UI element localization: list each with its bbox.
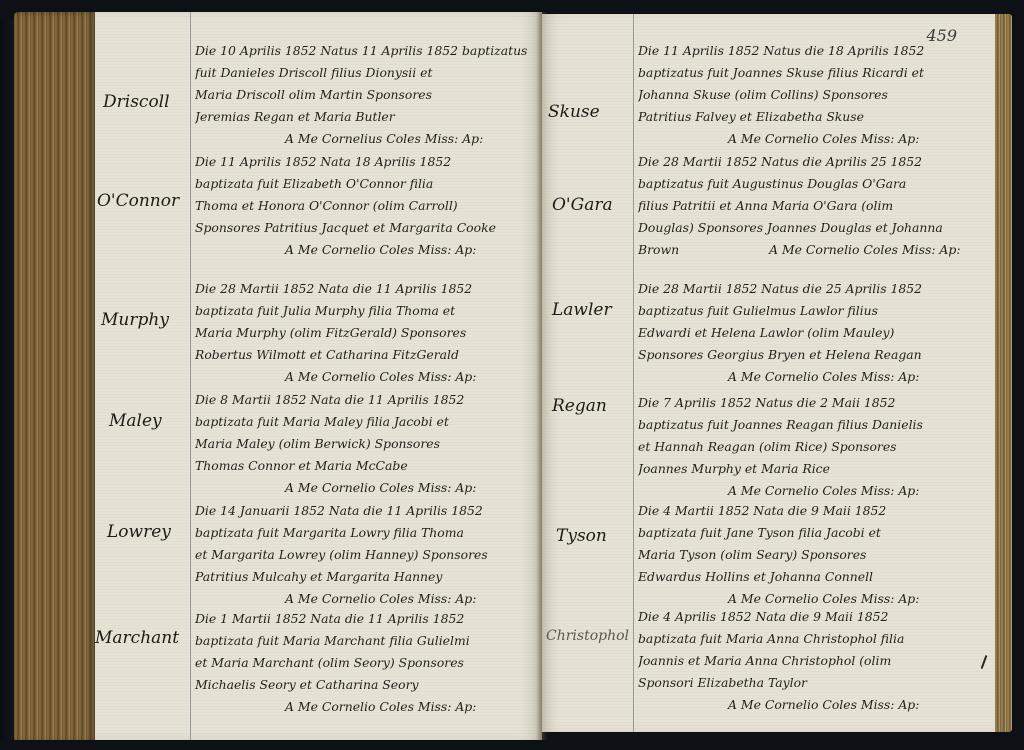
entry-line: et Margarita Lowrey (olim Hanney) Sponso… (195, 544, 532, 566)
entry-line: Die 11 Aprilis 1852 Nata 18 Aprilis 1852 (195, 151, 532, 173)
entry-text: Die 28 Martii 1852 Natus die Aprilis 25 … (638, 151, 985, 261)
entry-line: baptizata fuit Maria Marchant filia Guli… (195, 630, 532, 652)
priest-signature: A Me Cornelio Coles Miss: Ap: (638, 128, 985, 150)
entry-surname: Skuse (548, 102, 638, 122)
entry-line: Die 28 Martii 1852 Natus die 25 Aprilis … (638, 278, 985, 300)
entry-line: Jeremias Regan et Maria Butler (195, 106, 532, 128)
priest-signature: A Me Cornelio Coles Miss: Ap: (769, 239, 960, 261)
entry-surname: Regan (552, 396, 642, 416)
entry-line: baptizata fuit Elizabeth O'Connor filia (195, 173, 532, 195)
entry-line: baptizatus fuit Gulielmus Lawlor filius (638, 300, 985, 322)
entry-text: Die 10 Aprilis 1852 Natus 11 Aprilis 185… (195, 40, 532, 150)
left-page: Driscoll Die 10 Aprilis 1852 Natus 11 Ap… (95, 12, 542, 740)
priest-signature: A Me Cornelius Coles Miss: Ap: (195, 128, 532, 150)
entry-line: Brown (638, 239, 679, 261)
entry-text: Die 28 Martii 1852 Nata die 11 Aprilis 1… (195, 278, 532, 388)
entry-line: Maria Tyson (olim Seary) Sponsores (638, 544, 985, 566)
entry-line: baptizatus fuit Joannes Reagan filius Da… (638, 414, 985, 436)
entry-line: Patritius Mulcahy et Margarita Hanney (195, 566, 532, 588)
entry-line: baptizata fuit Maria Maley filia Jacobi … (195, 411, 532, 433)
entry-line: Die 7 Aprilis 1852 Natus die 2 Maii 1852 (638, 392, 985, 414)
entry-line: Maria Murphy (olim FitzGerald) Sponsores (195, 322, 532, 344)
priest-signature: A Me Cornelio Coles Miss: Ap: (195, 239, 532, 261)
entry-surname: Maley (109, 411, 199, 431)
entry-line: Patritius Falvey et Elizabetha Skuse (638, 106, 985, 128)
entry-line: Johanna Skuse (olim Collins) Sponsores (638, 84, 985, 106)
entry-text: Die 11 Aprilis 1852 Natus die 18 Aprilis… (638, 40, 985, 150)
entry-line: fuit Danieles Driscoll filius Dionysii e… (195, 62, 532, 84)
entry-text: Die 7 Aprilis 1852 Natus die 2 Maii 1852… (638, 392, 985, 502)
entry-line: baptizatus fuit Augustinus Douglas O'Gar… (638, 173, 985, 195)
page-edges-right (994, 14, 1012, 732)
entry-text: Die 28 Martii 1852 Natus die 25 Aprilis … (638, 278, 985, 388)
entry-text: Die 4 Aprilis 1852 Nata die 9 Maii 1852 … (638, 606, 985, 716)
entry-line: baptizata fuit Margarita Lowry filia Tho… (195, 522, 532, 544)
entry-surname: Lowrey (107, 522, 197, 542)
entry-line: Die 28 Martii 1852 Natus die Aprilis 25 … (638, 151, 985, 173)
entry-line-with-signature: Brown A Me Cornelio Coles Miss: Ap: (638, 239, 985, 261)
entry-line: Sponsores Patritius Jacquet et Margarita… (195, 217, 532, 239)
entry-line: baptizata fuit Julia Murphy filia Thoma … (195, 300, 532, 322)
entry-line: Sponsori Elizabetha Taylor (638, 672, 985, 694)
entry-line: Die 4 Aprilis 1852 Nata die 9 Maii 1852 (638, 606, 985, 628)
entry-line: Joannis et Maria Anna Christophol (olim (638, 650, 985, 672)
entry-line: Die 10 Aprilis 1852 Natus 11 Aprilis 185… (195, 40, 532, 62)
entry-line: Maria Driscoll olim Martin Sponsores (195, 84, 532, 106)
entry-text: Die 1 Martii 1852 Nata die 11 Aprilis 18… (195, 608, 532, 718)
entry-line: filius Patritii et Anna Maria O'Gara (ol… (638, 195, 985, 217)
entry-surname: Marchant (95, 628, 185, 648)
priest-signature: A Me Cornelio Coles Miss: Ap: (638, 366, 985, 388)
entry-line: Die 14 Januarii 1852 Nata die 11 Aprilis… (195, 500, 532, 522)
entry-line: Die 4 Martii 1852 Nata die 9 Maii 1852 (638, 500, 985, 522)
entry-line: baptizata fuit Jane Tyson filia Jacobi e… (638, 522, 985, 544)
entry-line: Edwardi et Helena Lawlor (olim Mauley) (638, 322, 985, 344)
entry-line: Edwardus Hollins et Johanna Connell (638, 566, 985, 588)
open-register-book: Driscoll Die 10 Aprilis 1852 Natus 11 Ap… (0, 0, 1024, 750)
background-bottom (0, 740, 1024, 750)
entry-text: Die 11 Aprilis 1852 Nata 18 Aprilis 1852… (195, 151, 532, 261)
entry-line: Robertus Wilmott et Catharina FitzGerald (195, 344, 532, 366)
entry-line: Die 11 Aprilis 1852 Natus die 18 Aprilis… (638, 40, 985, 62)
entry-surname: O'Gara (552, 195, 642, 215)
entry-line: Thoma et Honora O'Connor (olim Carroll) (195, 195, 532, 217)
page-edges-left (14, 12, 96, 742)
priest-signature: A Me Cornelio Coles Miss: Ap: (195, 588, 532, 610)
entry-line: et Maria Marchant (olim Seory) Sponsores (195, 652, 532, 674)
entry-line: Die 28 Martii 1852 Nata die 11 Aprilis 1… (195, 278, 532, 300)
entry-line: Michaelis Seory et Catharina Seory (195, 674, 532, 696)
priest-signature: A Me Cornelio Coles Miss: Ap: (195, 366, 532, 388)
entry-line: Thomas Connor et Maria McCabe (195, 455, 532, 477)
entry-text: Die 8 Martii 1852 Nata die 11 Aprilis 18… (195, 389, 532, 499)
entry-line: Douglas) Sponsores Joannes Douglas et Jo… (638, 217, 985, 239)
entry-surname: O'Connor (97, 191, 187, 211)
entry-line: baptizatus fuit Joannes Skuse filius Ric… (638, 62, 985, 84)
priest-signature: A Me Cornelio Coles Miss: Ap: (195, 477, 532, 499)
entry-text: Die 14 Januarii 1852 Nata die 11 Aprilis… (195, 500, 532, 610)
right-page: 459 Skuse Die 11 Aprilis 1852 Natus die … (542, 14, 995, 732)
entry-line: et Hannah Reagan (olim Rice) Sponsores (638, 436, 985, 458)
entry-surname: Lawler (552, 300, 642, 320)
priest-signature: A Me Cornelio Coles Miss: Ap: (195, 696, 532, 718)
entry-surname: Driscoll (103, 92, 193, 112)
entry-text: Die 4 Martii 1852 Nata die 9 Maii 1852 b… (638, 500, 985, 610)
entry-surname: Christophol (546, 628, 636, 644)
priest-signature: A Me Cornelio Coles Miss: Ap: (638, 694, 985, 716)
entry-line: Die 8 Martii 1852 Nata die 11 Aprilis 18… (195, 389, 532, 411)
entry-line: Maria Maley (olim Berwick) Sponsores (195, 433, 532, 455)
entry-surname: Murphy (101, 310, 191, 330)
priest-signature: A Me Cornelio Coles Miss: Ap: (638, 480, 985, 502)
entry-line: baptizata fuit Maria Anna Christophol fi… (638, 628, 985, 650)
entry-line: Die 1 Martii 1852 Nata die 11 Aprilis 18… (195, 608, 532, 630)
entry-line: Joannes Murphy et Maria Rice (638, 458, 985, 480)
entry-line: Sponsores Georgius Bryen et Helena Reaga… (638, 344, 985, 366)
entry-surname: Tyson (556, 526, 646, 546)
margin-rule (190, 12, 191, 740)
